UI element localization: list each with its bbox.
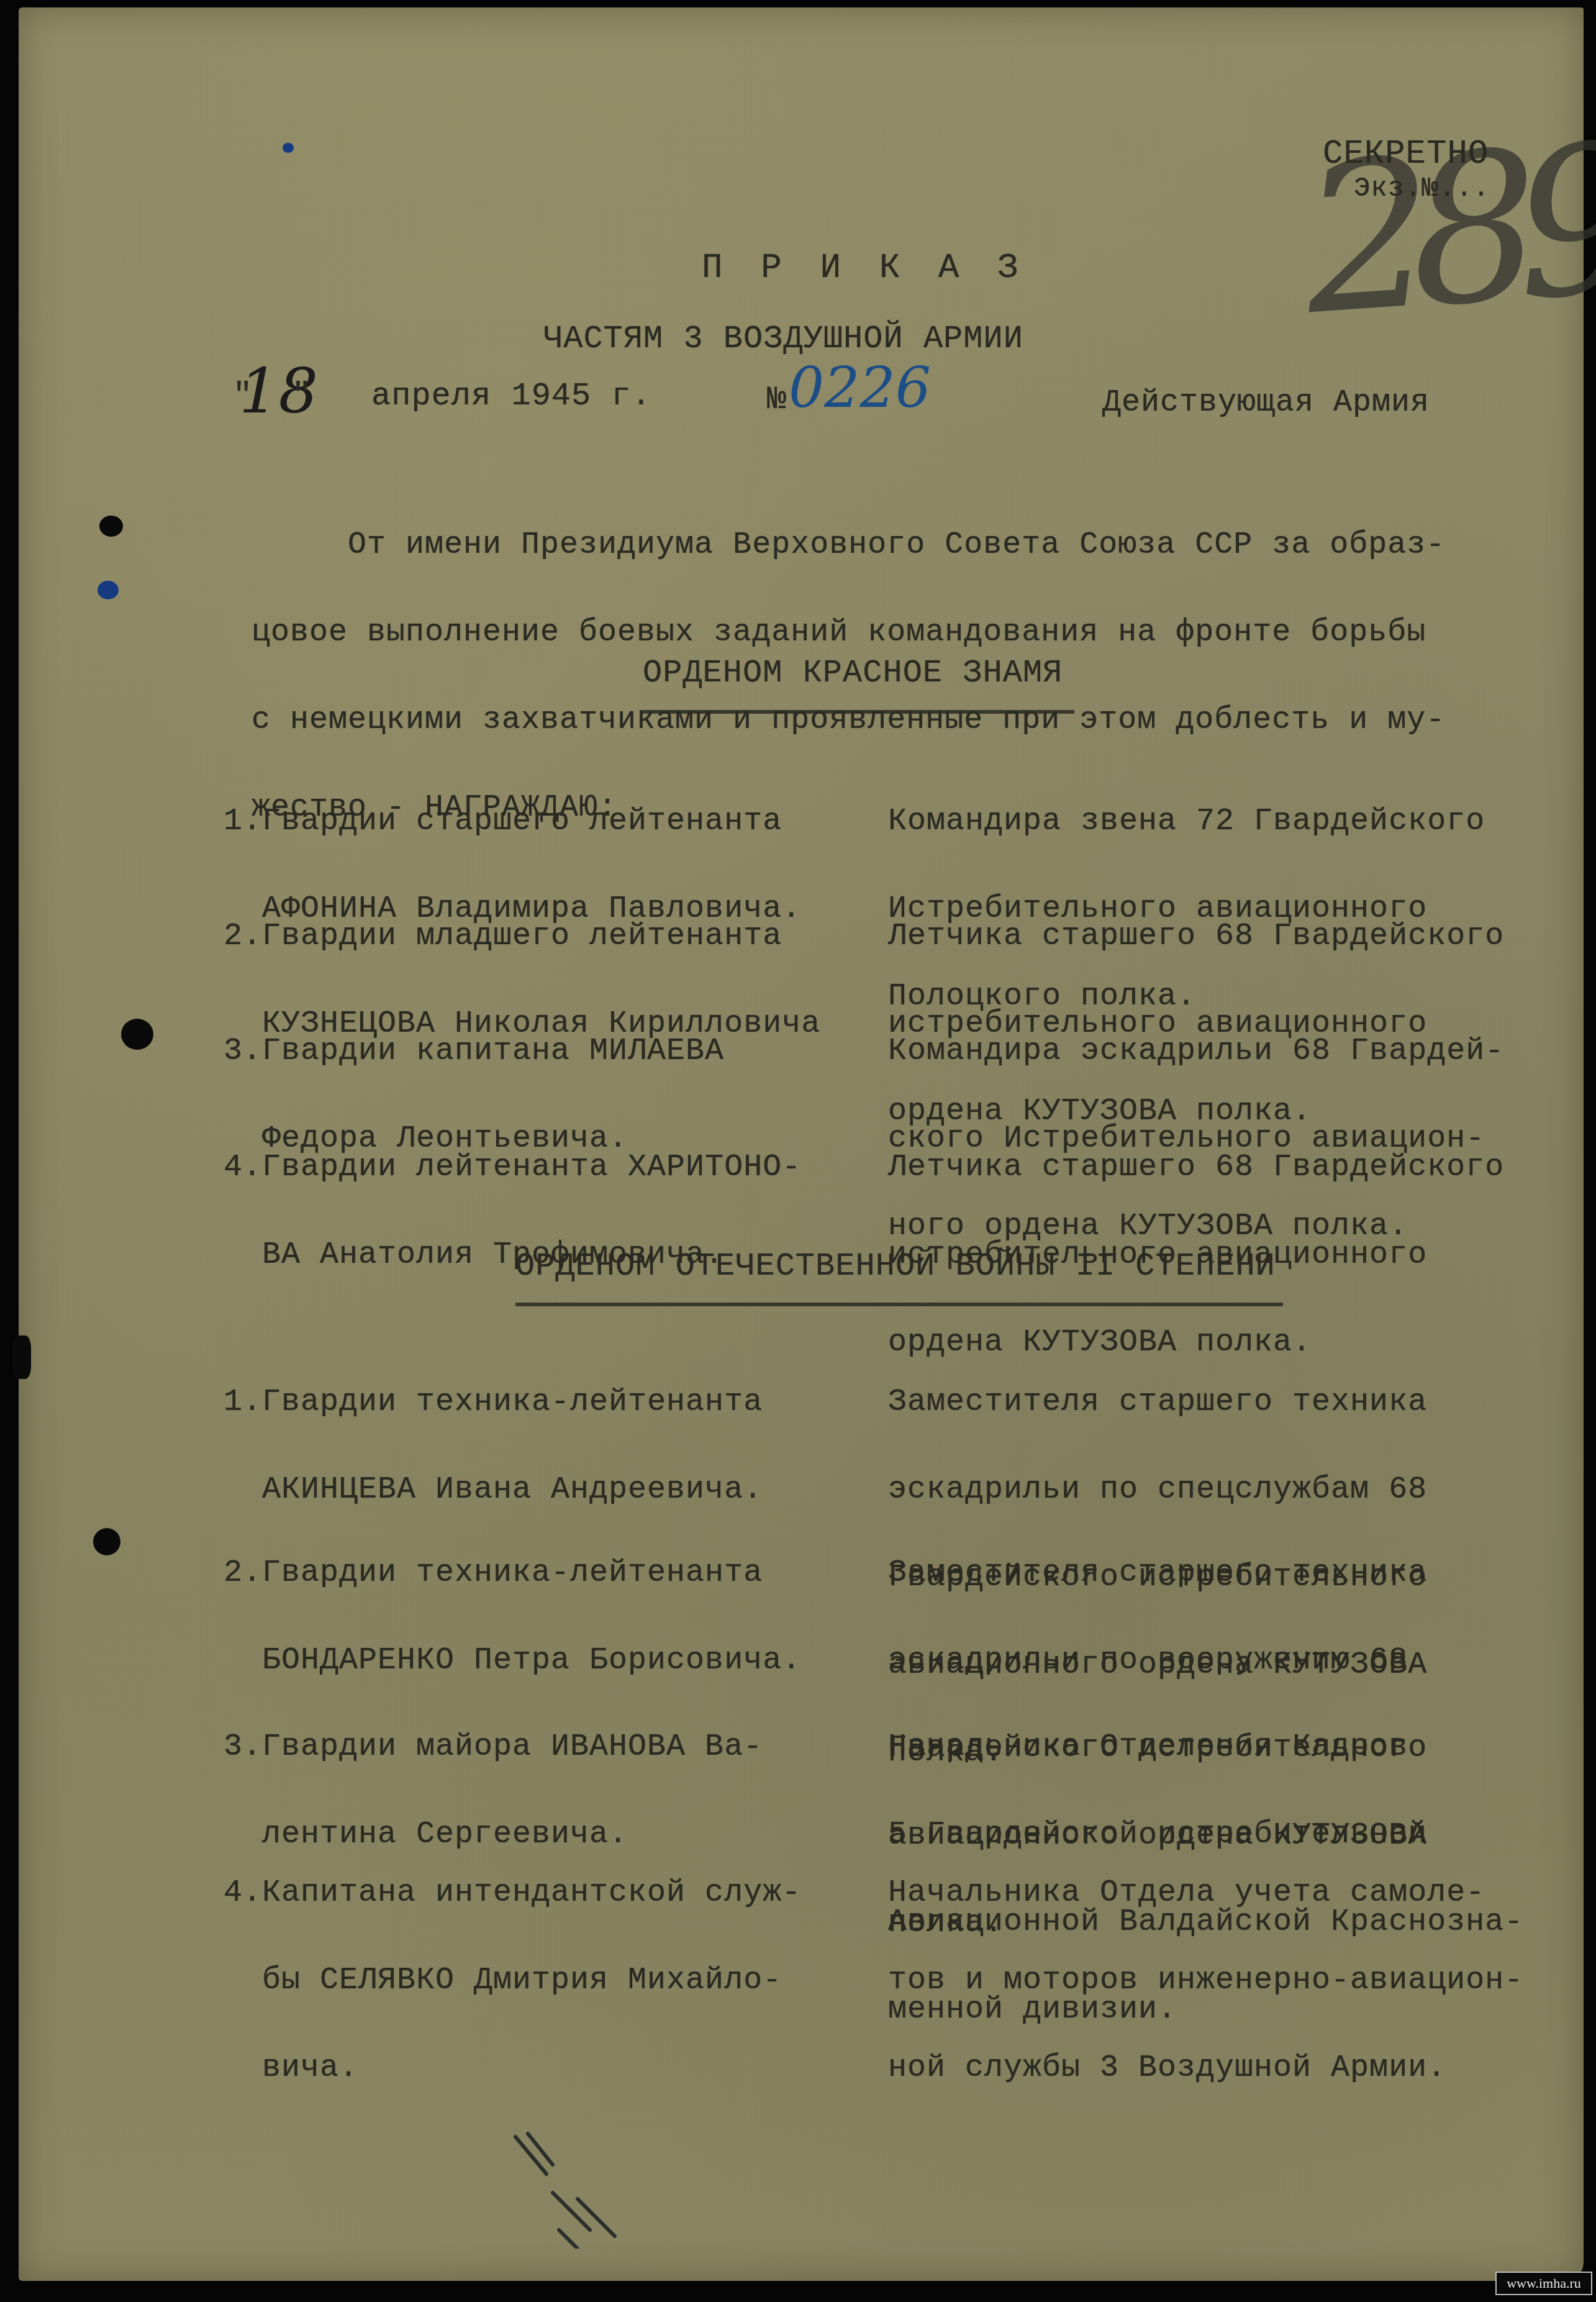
position-line: Командира эскадрильи 68 Гвардей- [888, 1037, 1504, 1066]
quote-close: " [292, 381, 312, 411]
date-month-year: апреля 1945 г. [371, 381, 651, 411]
punch-hole [121, 1019, 153, 1050]
position-line: тов и моторов инженерно-авиацион- [888, 1966, 1523, 1995]
position-line: Летчика старшего 68 Гвардейского [888, 922, 1504, 951]
location: Действующая Армия [1102, 388, 1430, 417]
recipient-line: БОНДАРЕНКО Петра Борисовича. [224, 1646, 801, 1675]
recipient-line: 3.Гвардии капитана МИЛАЕВА [224, 1037, 724, 1066]
handwritten-order-number: 0226 [789, 357, 931, 419]
recipient-line: 3.Гвардии майора ИВАНОВА Ва- [224, 1732, 763, 1762]
recipient-line: 1.Гвардии техника-лейтенанта [224, 1388, 763, 1417]
position-line: Летчика старшего 68 Гвардейского [888, 1153, 1504, 1182]
preamble-line: цовое выполнение боевых заданий командов… [252, 618, 1445, 647]
punch-hole [93, 1528, 120, 1555]
entry-recipient: 4.Капитана интендантской служ- бы СЕЛЯВК… [224, 1820, 801, 2112]
section-heading: ОРДЕНОМ ОТЕЧЕСТВЕННОЙ ВОЙНЫ II СТЕПЕНИ [515, 1252, 1276, 1281]
secret-stamp: СЕКРЕТНО [1323, 138, 1489, 171]
recipient-line: 2.Гвардии младшего лейтенанта [224, 922, 820, 951]
section-heading: ОРДЕНОМ КРАСНОЕ ЗНАМЯ [643, 658, 1063, 688]
punch-hole [99, 516, 123, 537]
position-line: эскадрильи по вооружению 68 [888, 1646, 1427, 1675]
position-line: Заместителя старшего техника [888, 1558, 1427, 1588]
heading-underline [515, 1303, 1283, 1306]
document-title: П Р И К А З [702, 253, 1027, 283]
recipient-line: вича. [224, 2054, 801, 2083]
recipient-line: 4.Капитана интендантской служ- [224, 1878, 801, 1908]
preamble-line: От имени Президиума Верховного Совета Со… [252, 530, 1445, 560]
watermark: www.imha.ru [1495, 2272, 1592, 2295]
position-line: ной службы 3 Воздушной Армии. [888, 2054, 1523, 2083]
position-line: Заместителя старшего техника [888, 1388, 1427, 1417]
punch-hole [12, 1335, 31, 1379]
document-subtitle: ЧАСТЯМ 3 ВОЗДУШНОЙ АРМИИ [543, 324, 1023, 353]
heading-underline [640, 710, 1074, 714]
copy-number: Экз.№... [1354, 175, 1490, 202]
position-line: Начальника Отдела учета самоле- [888, 1878, 1523, 1908]
position-line: Командира звена 72 Гвардейского [888, 807, 1485, 836]
entry-position: Начальника Отдела учета самоле- тов и мо… [888, 1820, 1523, 2112]
ink-blot [97, 581, 119, 599]
recipient-line: 4.Гвардии лейтенанта ХАРИТОНО- [224, 1153, 801, 1182]
recipient-line: бы СЕЛЯВКО Дмитрия Михайло- [224, 1966, 801, 1995]
ink-blot [283, 143, 294, 153]
recipient-line: 1.Гвардии старшего лейтенанта [224, 807, 801, 836]
ink-scribble [509, 2124, 633, 2249]
position-line: Начальника Отделения Кадров [888, 1732, 1523, 1762]
number-sign: № [767, 385, 787, 414]
recipient-line: 2.Гвардии техника-лейтенанта [224, 1558, 801, 1588]
